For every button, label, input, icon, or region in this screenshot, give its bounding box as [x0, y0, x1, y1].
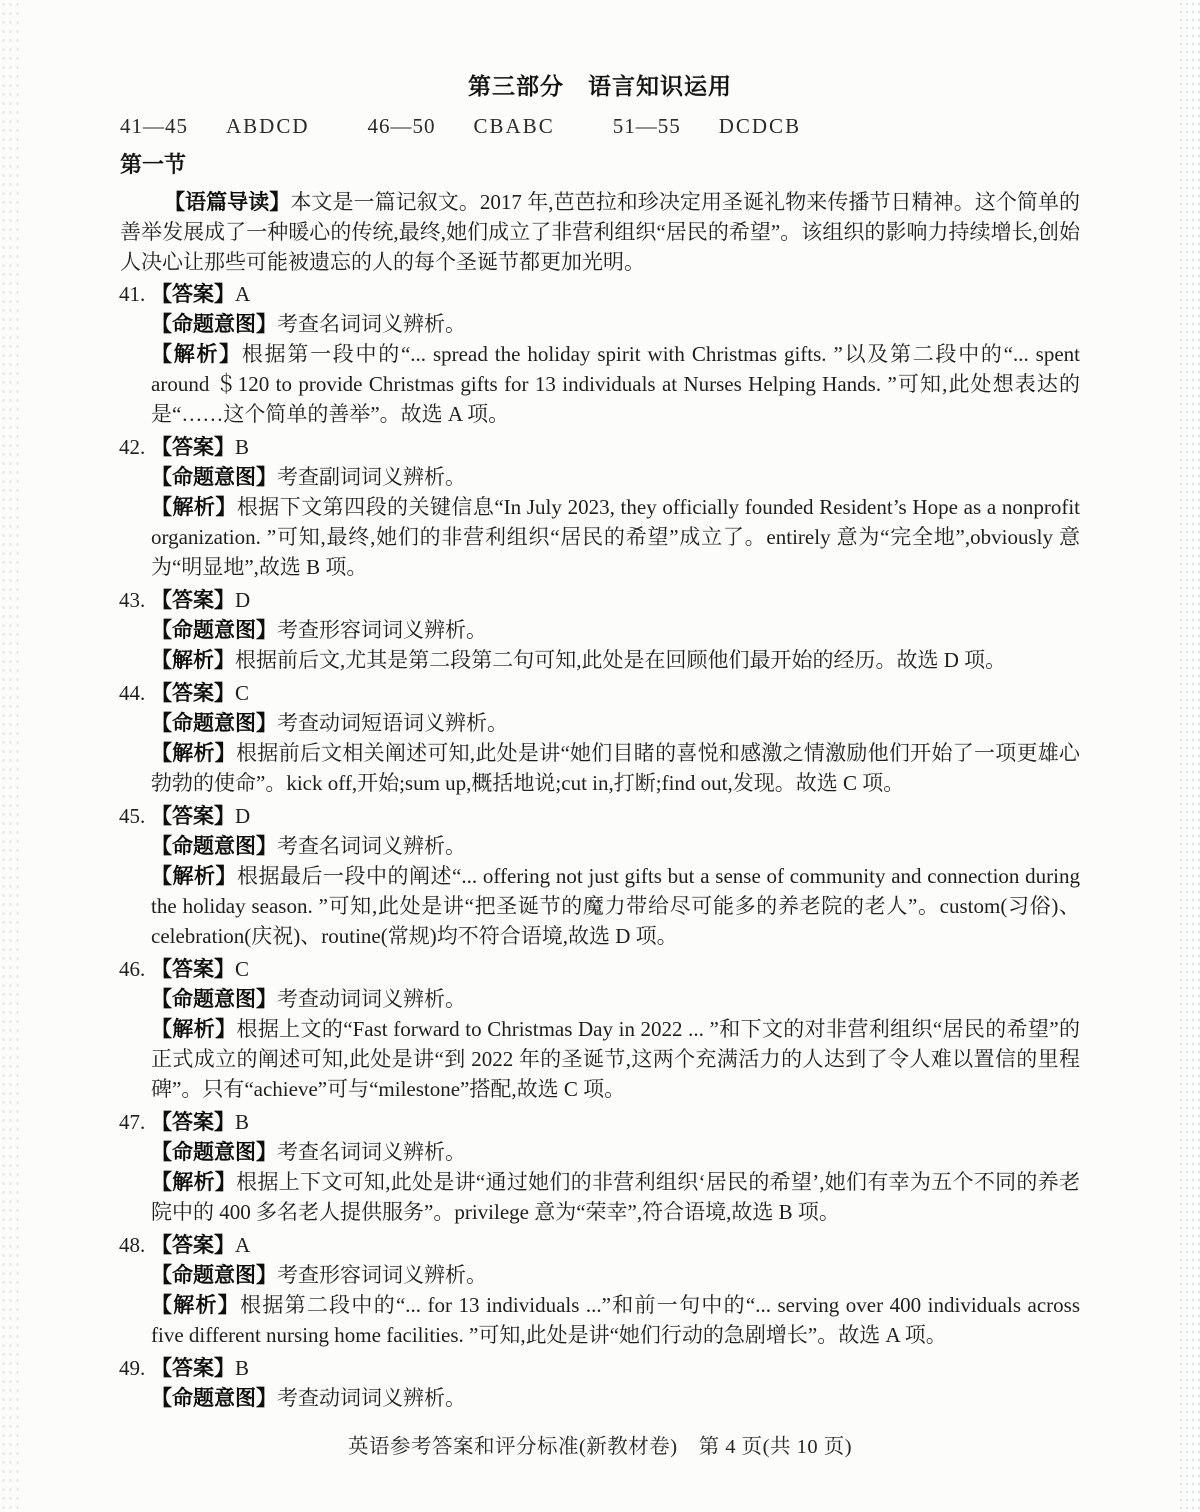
page-footer: 英语参考答案和评分标准(新教材卷) 第 4 页(共 10 页): [0, 1432, 1200, 1462]
intent-text: 考查形容词词义辨析。: [277, 1263, 487, 1287]
item-number: 41.: [119, 279, 145, 309]
intent-line: 【命题意图】考查名词词义辨析。: [151, 309, 1080, 339]
answer-item: 46.【答案】C 【命题意图】考查动词词义辨析。 【解析】根据上文的“Fast …: [120, 954, 1080, 1104]
answer-item: 43.【答案】D 【命题意图】考查形容词词义辨析。 【解析】根据前后文,尤其是第…: [120, 585, 1080, 675]
analysis-line: 【解析】根据第二段中的“... for 13 individuals ...”和…: [151, 1290, 1080, 1350]
intent-text: 考查动词词义辨析。: [277, 987, 466, 1011]
intent-line: 【命题意图】考查动词词义辨析。: [151, 984, 1080, 1014]
intent-label: 【命题意图】: [151, 1386, 277, 1410]
answer-label: 【答案】: [151, 804, 235, 828]
analysis-text: 根据前后文相关阐述可知,此处是讲“她们目睹的喜悦和感激之情激励他们开始了一项更雄…: [151, 741, 1080, 795]
answer-label: 【答案】: [151, 957, 235, 981]
section-title: 第三部分 语言知识运用: [120, 72, 1080, 102]
answer-letter: D: [235, 588, 250, 612]
answer-item: 45.【答案】D 【命题意图】考查名词词义辨析。 【解析】根据最后一段中的阐述“…: [120, 801, 1080, 951]
answer-letter: C: [235, 681, 249, 705]
item-number: 46.: [119, 954, 145, 984]
intent-line: 【命题意图】考查动词词义辨析。: [151, 1383, 1080, 1413]
answer-line: 48.【答案】A: [151, 1230, 1080, 1260]
analysis-text: 根据最后一段中的阐述“... offering not just gifts b…: [151, 864, 1080, 948]
analysis-text: 根据第一段中的“... spread the holiday spirit wi…: [151, 342, 1080, 426]
intent-label: 【命题意图】: [151, 465, 277, 489]
intent-text: 考查副词词义辨析。: [277, 465, 466, 489]
intent-text: 考查动词词义辨析。: [277, 1386, 466, 1410]
analysis-text: 根据上文的“Fast forward to Christmas Day in 2…: [151, 1017, 1080, 1101]
analysis-label: 【解析】: [151, 1293, 240, 1317]
answer-label: 【答案】: [151, 1110, 235, 1134]
intent-line: 【命题意图】考查名词词义辨析。: [151, 831, 1080, 861]
analysis-line: 【解析】根据前后文,尤其是第二段第二句可知,此处是在回顾他们最开始的经历。故选 …: [151, 645, 1080, 675]
answer-label: 【答案】: [151, 282, 235, 306]
answer-label: 【答案】: [151, 1233, 235, 1257]
analysis-line: 【解析】根据最后一段中的阐述“... offering not just gif…: [151, 861, 1080, 951]
intent-line: 【命题意图】考查动词短语词义辨析。: [151, 708, 1080, 738]
item-number: 49.: [119, 1353, 145, 1383]
answer-key-group: 46—50 CBABC: [368, 111, 613, 141]
answer-line: 47.【答案】B: [151, 1107, 1080, 1137]
answer-key-row: 41—45 ABDCD 46—50 CBABC 51—55 DCDCB: [120, 111, 1080, 141]
answer-key-letters: DCDCB: [719, 111, 801, 141]
answer-letter: C: [235, 957, 249, 981]
answer-item: 47.【答案】B 【命题意图】考查名词词义辨析。 【解析】根据上下文可知,此处是…: [120, 1107, 1080, 1227]
answer-item: 44.【答案】C 【命题意图】考查动词短语词义辨析。 【解析】根据前后文相关阐述…: [120, 678, 1080, 798]
intent-text: 考查名词词义辨析。: [277, 312, 466, 336]
analysis-line: 【解析】根据下文第四段的关键信息“In July 2023, they offi…: [151, 492, 1080, 582]
item-number: 48.: [119, 1230, 145, 1260]
answer-line: 44.【答案】C: [151, 678, 1080, 708]
answer-letter: B: [235, 435, 249, 459]
analysis-text: 根据上下文可知,此处是讲“通过她们的非营利组织‘居民的希望’,她们有幸为五个不同…: [151, 1170, 1080, 1224]
answer-label: 【答案】: [151, 681, 235, 705]
answer-line: 43.【答案】D: [151, 585, 1080, 615]
intent-label: 【命题意图】: [151, 834, 277, 858]
intent-label: 【命题意图】: [151, 312, 277, 336]
analysis-label: 【解析】: [151, 495, 237, 519]
intent-text: 考查形容词词义辨析。: [277, 618, 487, 642]
intent-label: 【命题意图】: [151, 1140, 277, 1164]
answer-line: 45.【答案】D: [151, 801, 1080, 831]
intent-text: 考查名词词义辨析。: [277, 834, 466, 858]
subsection-label: 第一节: [120, 150, 1080, 180]
item-number: 44.: [119, 678, 145, 708]
answer-item: 42.【答案】B 【命题意图】考查副词词义辨析。 【解析】根据下文第四段的关键信…: [120, 432, 1080, 582]
analysis-line: 【解析】根据第一段中的“... spread the holiday spiri…: [151, 339, 1080, 429]
item-number: 45.: [119, 801, 145, 831]
intent-text: 考查动词短语词义辨析。: [277, 711, 508, 735]
answer-line: 46.【答案】C: [151, 954, 1080, 984]
answer-letter: D: [235, 804, 250, 828]
intent-label: 【命题意图】: [151, 1263, 277, 1287]
analysis-label: 【解析】: [151, 342, 242, 366]
answer-item: 49.【答案】B 【命题意图】考查动词词义辨析。: [120, 1353, 1080, 1413]
answer-key-group: 51—55 DCDCB: [613, 111, 859, 141]
intro-label: 【语篇导读】: [164, 190, 290, 214]
item-number: 42.: [119, 432, 145, 462]
analysis-line: 【解析】根据上下文可知,此处是讲“通过她们的非营利组织‘居民的希望’,她们有幸为…: [151, 1167, 1080, 1227]
document-page: 第三部分 语言知识运用 41—45 ABDCD 46—50 CBABC 51—5…: [0, 0, 1200, 1512]
analysis-line: 【解析】根据前后文相关阐述可知,此处是讲“她们目睹的喜悦和感激之情激励他们开始了…: [151, 738, 1080, 798]
item-number: 43.: [119, 585, 145, 615]
analysis-text: 根据下文第四段的关键信息“In July 2023, they official…: [151, 495, 1080, 579]
answer-line: 41.【答案】A: [151, 279, 1080, 309]
intent-label: 【命题意图】: [151, 711, 277, 735]
intent-label: 【命题意图】: [151, 987, 277, 1011]
answer-label: 【答案】: [151, 435, 235, 459]
answer-letter: A: [235, 282, 250, 306]
answer-label: 【答案】: [151, 588, 235, 612]
answer-letter: B: [235, 1110, 249, 1134]
intro-paragraph: 【语篇导读】本文是一篇记叙文。2017 年,芭芭拉和珍决定用圣诞礼物来传播节日精…: [120, 187, 1080, 277]
analysis-label: 【解析】: [151, 1017, 236, 1041]
intent-line: 【命题意图】考查形容词词义辨析。: [151, 1260, 1080, 1290]
intent-line: 【命题意图】考查名词词义辨析。: [151, 1137, 1080, 1167]
intent-label: 【命题意图】: [151, 618, 277, 642]
intent-line: 【命题意图】考查副词词义辨析。: [151, 462, 1080, 492]
analysis-label: 【解析】: [151, 864, 237, 888]
answer-item: 48.【答案】A 【命题意图】考查形容词词义辨析。 【解析】根据第二段中的“..…: [120, 1230, 1080, 1350]
items-list: 41.【答案】A 【命题意图】考查名词词义辨析。 【解析】根据第一段中的“...…: [120, 279, 1080, 1413]
analysis-text: 根据前后文,尤其是第二段第二句可知,此处是在回顾他们最开始的经历。故选 D 项。: [235, 648, 1006, 672]
answer-letter: A: [235, 1233, 250, 1257]
analysis-label: 【解析】: [151, 1170, 236, 1194]
answer-item: 41.【答案】A 【命题意图】考查名词词义辨析。 【解析】根据第一段中的“...…: [120, 279, 1080, 429]
answer-key-range: 46—50: [368, 111, 436, 141]
answer-key-range: 41—45: [120, 111, 188, 141]
item-number: 47.: [119, 1107, 145, 1137]
analysis-text: 根据第二段中的“... for 13 individuals ...”和前一句中…: [151, 1293, 1080, 1347]
answer-line: 49.【答案】B: [151, 1353, 1080, 1383]
answer-letter: B: [235, 1356, 249, 1380]
answer-label: 【答案】: [151, 1356, 235, 1380]
answer-key-letters: ABDCD: [226, 111, 310, 141]
scan-noise-left: [0, 0, 22, 1512]
intent-text: 考查名词词义辨析。: [277, 1140, 466, 1164]
answer-key-letters: CBABC: [474, 111, 555, 141]
analysis-line: 【解析】根据上文的“Fast forward to Christmas Day …: [151, 1014, 1080, 1104]
intent-line: 【命题意图】考查形容词词义辨析。: [151, 615, 1080, 645]
scan-noise-right: [1178, 0, 1200, 1512]
analysis-label: 【解析】: [151, 648, 235, 672]
answer-key-group: 41—45 ABDCD: [120, 111, 368, 141]
answer-key-range: 51—55: [613, 111, 681, 141]
analysis-label: 【解析】: [151, 741, 236, 765]
answer-line: 42.【答案】B: [151, 432, 1080, 462]
